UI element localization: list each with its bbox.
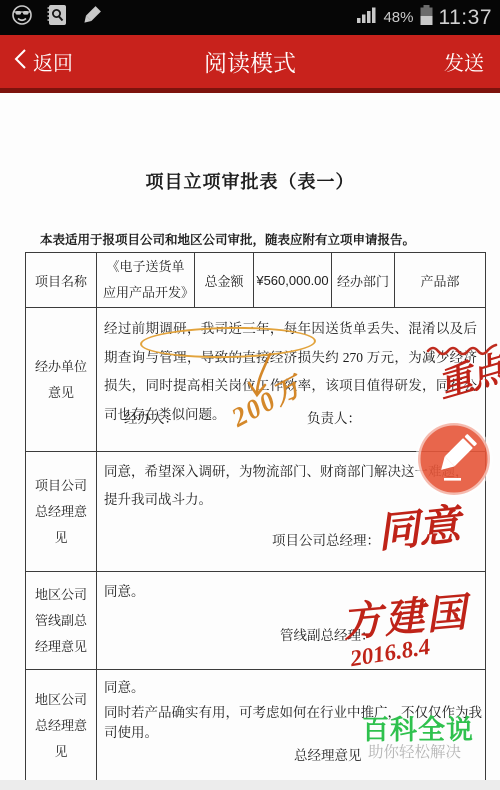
- page-bottom-edge: [0, 780, 500, 790]
- battery-percent: 48%: [383, 9, 413, 26]
- cell-project-name-value: 《电子送货单应用产品开发》: [96, 253, 194, 307]
- emoji-face-icon: [10, 3, 34, 32]
- manager-label: 负责人：: [307, 407, 361, 427]
- annotation-agree-signature: 同意: [374, 492, 462, 560]
- row-label-region-gm: 地区公司总经理意见: [26, 670, 96, 781]
- cell-dept-value: 产品部: [394, 253, 485, 307]
- row-label-region-vgm: 地区公司管线副总经理意见: [26, 572, 96, 669]
- signal-icon: [356, 5, 378, 30]
- cell-amount-label: 总金额: [194, 253, 253, 307]
- nav-bar-shadow: [0, 88, 500, 93]
- battery-icon: [419, 3, 434, 32]
- region-gm-text1: 同意。: [104, 676, 145, 696]
- region-gm-sign-label: 总经理意见: [294, 744, 362, 764]
- pencil-status-icon: [80, 4, 103, 32]
- document-note: 本表适用于报项目公司和地区公司审批，随表应附有立项申请报告。: [40, 230, 480, 248]
- search-note-icon: [46, 3, 68, 32]
- table-row-header: 项目名称 《电子送货单应用产品开发》 总金额 ¥560,000.00 经办部门 …: [26, 253, 485, 307]
- document-title: 项目立项审批表（表一）: [0, 168, 500, 194]
- cell-dept-label: 经办部门: [331, 253, 394, 307]
- status-bar: 48% 11:37: [0, 0, 500, 35]
- handler-label: 经办人：: [124, 407, 178, 427]
- watermark-subtitle: 助你轻松解决: [368, 740, 461, 762]
- project-gm-sign-label: 项目公司总经理：: [272, 529, 380, 549]
- cell-project-name-label: 项目名称: [26, 253, 96, 307]
- edit-fab-button[interactable]: [414, 419, 494, 499]
- cell-amount-value: ¥560,000.00: [253, 253, 331, 307]
- page-title: 阅读模式: [0, 45, 500, 78]
- phone-screen: 48% 11:37 阅读模式 返回 发送 项目立项审批表（表一）: [0, 0, 500, 790]
- send-button[interactable]: 发送: [444, 47, 500, 76]
- row-label-unit-opinion: 经办单位意见: [26, 308, 96, 451]
- clock: 11:37: [439, 6, 493, 30]
- row-label-project-gm: 项目公司总经理意见: [26, 452, 96, 571]
- nav-bar: 阅读模式 返回 发送: [0, 35, 500, 88]
